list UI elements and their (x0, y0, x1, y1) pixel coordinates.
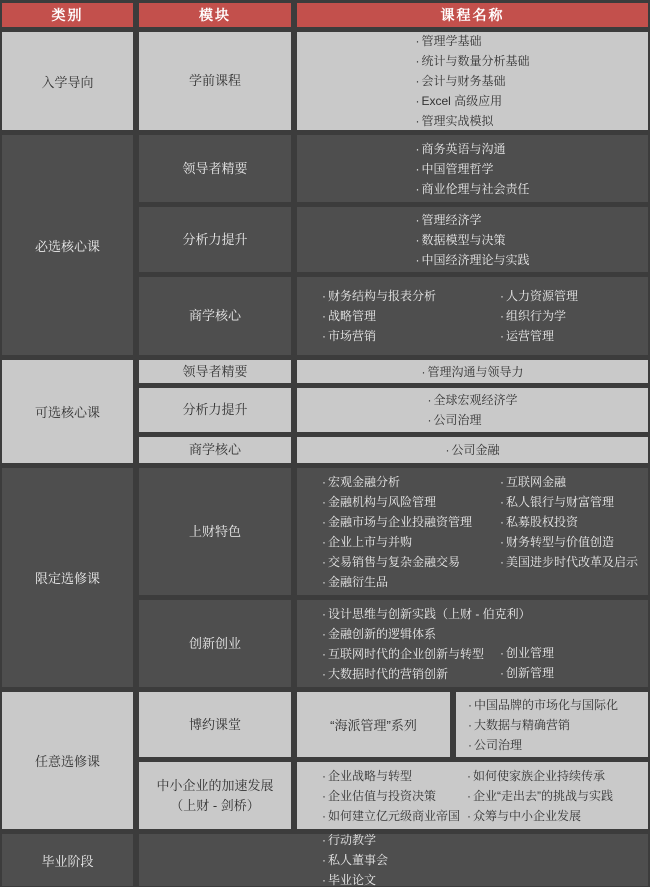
course-list: 公司金融 (445, 440, 499, 460)
course-list-right: 如何使家族企业持续传承企业“走出去”的挑战与实践众筹与中小企业发展 (467, 766, 613, 826)
course-item: 数据模型与决策 (415, 230, 529, 250)
course-item: 市场营销 (322, 326, 500, 346)
course-item: 如何建立亿元级商业帝国 (322, 806, 467, 826)
course-list: 商务英语与沟通中国管理哲学商业伦理与社会责任 (415, 139, 529, 199)
section-admission: 入学导向 学前课程 管理学基础统计与数量分析基础会计与财务基础Excel 高级应… (2, 32, 648, 130)
section-free-electives: 任意选修课 博约课堂 “海派管理”系列 中国品牌的市场化与国际化大数据与精确营销… (2, 692, 648, 829)
course-cell: 管理学基础统计与数量分析基础会计与财务基础Excel 高级应用管理实战模拟 (297, 32, 648, 130)
course-item: 互联网金融 (500, 472, 638, 492)
course-item: 中国品牌的市场化与国际化 (468, 695, 648, 715)
course-item: 公司金融 (445, 440, 499, 460)
course-item: 组织行为学 (500, 306, 578, 326)
section-optional-core: 可选核心课 领导者精要 管理沟通与领导力 分析力提升 全球宏观经济学公司治理 商… (2, 360, 648, 463)
course-item: 互联网时代的企业创新与转型 (322, 644, 648, 664)
module-cell: 上财特色 (139, 468, 291, 595)
course-item: 统计与数量分析基础 (415, 51, 529, 71)
module-cell: 领导者精要 (139, 135, 291, 202)
course-list-left: 企业战略与转型企业估值与投资决策如何建立亿元级商业帝国 (297, 766, 467, 826)
course-list: 管理学基础统计与数量分析基础会计与财务基础Excel 高级应用管理实战模拟 (415, 32, 529, 130)
course-item: 大数据与精确营销 (468, 715, 648, 735)
module-cell: 领导者精要 (139, 360, 291, 383)
course-item: 人力资源管理 (500, 286, 578, 306)
course-item: 公司治理 (427, 410, 517, 430)
course-item: 商务英语与沟通 (415, 139, 529, 159)
category-cell: 可选核心课 (2, 360, 133, 463)
course-list: 管理沟通与领导力 (421, 362, 523, 382)
category-cell: 毕业阶段 (2, 834, 133, 886)
course-item: 财务结构与报表分析 (322, 286, 500, 306)
course-cell: 设计思维与创新实践（上财 - 伯克利）金融创新的逻辑体系互联网时代的企业创新与转… (297, 600, 648, 687)
course-list-right: 互联网金融私人银行与财富管理私募股权投资财务转型与价值创造美国进步时代改革及启示 (500, 472, 638, 592)
course-list: 行动教学私人董事会毕业论文 (139, 830, 648, 887)
course-item: 私人董事会 (322, 850, 648, 870)
course-item: 公司治理 (468, 735, 648, 755)
module-cell: 中小企业的加速发展 （上财 - 剑桥） (139, 762, 291, 829)
course-item: 金融市场与企业投融资管理 (322, 512, 500, 532)
course-item: 战略管理 (322, 306, 500, 326)
course-item: 交易销售与复杂金融交易 (322, 552, 500, 572)
course-item: 管理经济学 (415, 210, 529, 230)
course-cell: 财务结构与报表分析战略管理市场营销 人力资源管理组织行为学运营管理 (297, 277, 648, 355)
course-item: 毕业论文 (322, 870, 648, 887)
course-item: 创新管理 (500, 663, 554, 683)
course-item: 会计与财务基础 (415, 71, 529, 91)
module-cell: 商学核心 (139, 277, 291, 355)
course-item: 创业管理 (500, 643, 554, 663)
course-cell: 中国品牌的市场化与国际化大数据与精确营销公司治理 (456, 692, 648, 757)
course-list: 全球宏观经济学公司治理 (427, 390, 517, 430)
course-item: 金融创新的逻辑体系 (322, 624, 648, 644)
module-cell: 分析力提升 (139, 388, 291, 432)
course-item: 私人银行与财富管理 (500, 492, 638, 512)
course-item: 财务转型与价值创造 (500, 532, 638, 552)
course-item: 运营管理 (500, 326, 578, 346)
course-cell: 管理沟通与领导力 (297, 360, 648, 383)
course-item: 设计思维与创新实践（上财 - 伯克利） (322, 604, 648, 624)
header-cell-category: 类别 (2, 3, 133, 27)
course-item: 私募股权投资 (500, 512, 638, 532)
section-restricted-electives: 限定选修课 上财特色 宏观金融分析金融机构与风险管理金融市场与企业投融资管理企业… (2, 468, 648, 687)
course-cell: 管理经济学数据模型与决策中国经济理论与实践 (297, 207, 648, 272)
table-header: 类别 模块 课程名称 (2, 3, 648, 27)
course-list-left: 宏观金融分析金融机构与风险管理金融市场与企业投融资管理企业上市与并购交易销售与复… (297, 472, 500, 592)
course-item: 金融机构与风险管理 (322, 492, 500, 512)
series-cell: “海派管理”系列 (297, 692, 450, 757)
course-cell: 商务英语与沟通中国管理哲学商业伦理与社会责任 (297, 135, 648, 202)
course-item: Excel 高级应用 (415, 91, 529, 111)
course-cell: 全球宏观经济学公司治理 (297, 388, 648, 432)
module-cell: 学前课程 (139, 32, 291, 130)
course-item: 大数据时代的营销创新 (322, 664, 648, 684)
course-item: 行动教学 (322, 830, 648, 850)
course-cell: 公司金融 (297, 437, 648, 463)
course-item: 企业战略与转型 (322, 766, 467, 786)
course-item: 管理沟通与领导力 (421, 362, 523, 382)
course-item: 管理学基础 (415, 32, 529, 51)
course-item: 中国管理哲学 (415, 159, 529, 179)
course-cell: 宏观金融分析金融机构与风险管理金融市场与企业投融资管理企业上市与并购交易销售与复… (297, 468, 648, 595)
course-item: 众筹与中小企业发展 (467, 806, 613, 826)
module-cell: 分析力提升 (139, 207, 291, 272)
course-item: 企业“走出去”的挑战与实践 (467, 786, 613, 806)
module-cell: 创新创业 (139, 600, 291, 687)
course-cell: 行动教学私人董事会毕业论文 (139, 834, 648, 886)
category-cell: 入学导向 (2, 32, 133, 130)
course-list-left: 财务结构与报表分析战略管理市场营销 (297, 286, 500, 346)
header-cell-module: 模块 (139, 3, 291, 27)
course-list: 管理经济学数据模型与决策中国经济理论与实践 (415, 210, 529, 270)
course-item: 美国进步时代改革及启示 (500, 552, 638, 572)
course-item: 全球宏观经济学 (427, 390, 517, 410)
module-cell: 博约课堂 (139, 692, 291, 757)
course-item: 如何使家族企业持续传承 (467, 766, 613, 786)
section-required-core: 必选核心课 领导者精要 商务英语与沟通中国管理哲学商业伦理与社会责任 分析力提升… (2, 135, 648, 355)
course-list-left: 设计思维与创新实践（上财 - 伯克利）金融创新的逻辑体系互联网时代的企业创新与转… (297, 604, 648, 684)
course-list: 中国品牌的市场化与国际化大数据与精确营销公司治理 (456, 695, 648, 755)
header-cell-course: 课程名称 (297, 3, 648, 27)
category-cell: 必选核心课 (2, 135, 133, 355)
category-cell: 任意选修课 (2, 692, 133, 829)
course-item: 企业上市与并购 (322, 532, 500, 552)
course-list-right: 人力资源管理组织行为学运营管理 (500, 286, 578, 346)
course-item: 金融衍生品 (322, 572, 500, 592)
course-cell: 企业战略与转型企业估值与投资决策如何建立亿元级商业帝国 如何使家族企业持续传承企… (297, 762, 648, 829)
module-cell: 商学核心 (139, 437, 291, 463)
course-item: 中国经济理论与实践 (415, 250, 529, 270)
course-item: 商业伦理与社会责任 (415, 179, 529, 199)
course-list-right: 创业管理创新管理 (500, 643, 554, 683)
curriculum-table: 类别 模块 课程名称 入学导向 学前课程 管理学基础统计与数量分析基础会计与财务… (0, 0, 650, 887)
category-cell: 限定选修课 (2, 468, 133, 687)
course-item: 宏观金融分析 (322, 472, 500, 492)
section-graduation: 毕业阶段 行动教学私人董事会毕业论文 (2, 834, 648, 886)
course-item: 企业估值与投资决策 (322, 786, 467, 806)
course-item: 管理实战模拟 (415, 111, 529, 130)
